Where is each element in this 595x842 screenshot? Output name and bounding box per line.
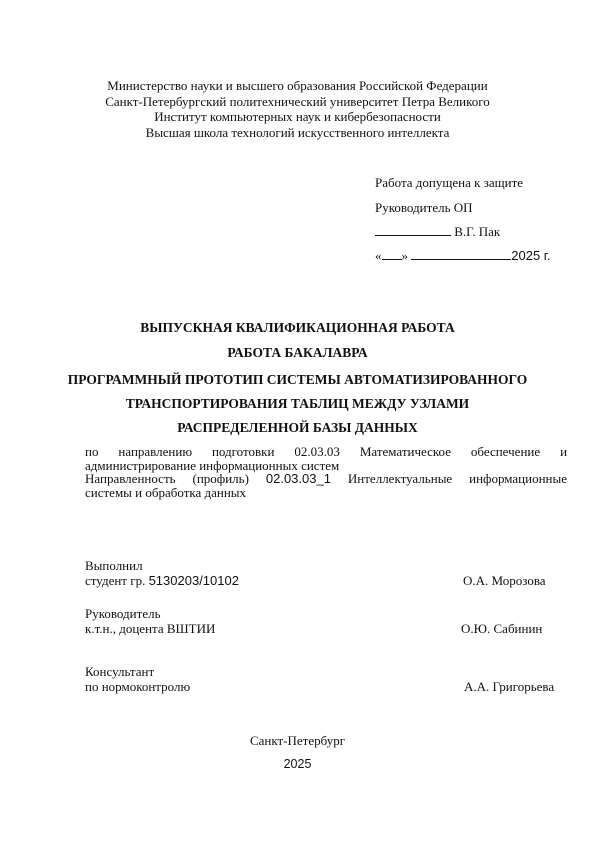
signature-consultant: Консультант по нормоконтролю (85, 664, 190, 694)
student-detail-prefix: студент гр. (85, 573, 149, 588)
profile-code: 02.03.03_1 (266, 471, 331, 486)
approval-signature-line: В.Г. Пак (375, 224, 500, 240)
consultant-detail: по нормоконтролю (85, 679, 190, 694)
consultant-name: А.А. Григорьева (464, 679, 554, 695)
profile-line-1: Направленность (профиль) 02.03.03_1 Инте… (85, 472, 567, 486)
profile-name: Интеллектуальные информационные (348, 471, 567, 486)
work-type-title: ВЫПУСКНАЯ КВАЛИФИКАЦИОННАЯ РАБОТА (0, 320, 595, 336)
profile-prefix: Направленность (профиль) (85, 471, 249, 486)
student-detail: студент гр. 5130203/10102 (85, 573, 239, 588)
ministry-header: Министерство науки и высшего образования… (0, 78, 595, 140)
approval-admitted: Работа допущена к защите (375, 175, 523, 191)
supervisor-name: О.Ю. Сабинин (461, 621, 542, 637)
topic-line-3: РАСПРЕДЕЛЕННОЙ БАЗЫ ДАННЫХ (0, 420, 595, 436)
direction-prefix: по направлению подготовки (85, 444, 274, 459)
signature-supervisor: Руководитель к.т.н., доцента ВШТИИ (85, 606, 215, 636)
footer-city: Санкт-Петербург (0, 733, 595, 749)
approval-head-name: В.Г. Пак (454, 224, 500, 239)
profile-line-2: системы и обработка данных (85, 486, 567, 500)
student-group-code: 5130203/10102 (149, 573, 239, 588)
header-line-institute: Институт компьютерных наук и кибербезопа… (0, 109, 595, 125)
direction-line-2: администрирование информационных систем (85, 459, 567, 473)
supervisor-detail: к.т.н., доцента ВШТИИ (85, 621, 215, 636)
header-line-ministry: Министерство науки и высшего образования… (0, 78, 595, 94)
student-role: Выполнил (85, 558, 239, 573)
signature-student: Выполнил студент гр. 5130203/10102 (85, 558, 239, 588)
header-line-school: Высшая школа технологий искусственного и… (0, 125, 595, 141)
direction-name: Математическое обеспечение и (360, 444, 567, 459)
date-close-quote: » (402, 248, 409, 263)
topic-line-2: ТРАНСПОРТИРОВАНИЯ ТАБЛИЦ МЕЖДУ УЗЛАМИ (0, 396, 595, 412)
student-name: О.А. Морозова (463, 573, 546, 589)
approval-head-label: Руководитель ОП (375, 200, 473, 216)
header-line-university: Санкт-Петербургский политехнический унив… (0, 94, 595, 110)
direction-line-1: по направлению подготовки 02.03.03 Матем… (85, 445, 567, 459)
work-subtype-title: РАБОТА БАКАЛАВРА (0, 345, 595, 361)
month-blank (411, 248, 511, 260)
topic-line-1: ПРОГРАММНЫЙ ПРОТОТИП СИСТЕМЫ АВТОМАТИЗИР… (0, 372, 595, 388)
supervisor-role: Руководитель (85, 606, 215, 621)
direction-code: 02.03.03 (294, 444, 340, 459)
day-blank (382, 248, 402, 260)
footer-year: 2025 (0, 757, 595, 771)
consultant-role: Консультант (85, 664, 190, 679)
signature-blank (375, 224, 451, 236)
approval-date-line: «» 2025 г. (375, 248, 551, 264)
approval-year: 2025 г. (511, 248, 550, 263)
direction-block: по направлению подготовки 02.03.03 Матем… (85, 445, 567, 499)
